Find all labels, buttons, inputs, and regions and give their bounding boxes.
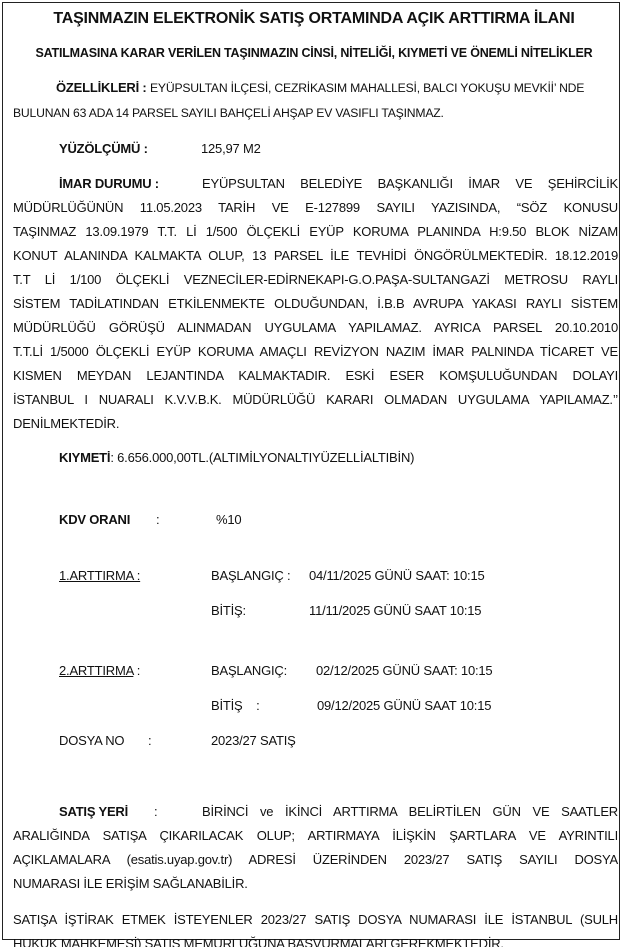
dosya-colon: : (148, 733, 151, 748)
ozellikleri-line-1: ÖZELLİKLERİ : EYÜPSULTAN İLÇESİ, CEZRİKA… (56, 80, 618, 95)
ozellikleri-text-2: BULUNAN 63 ADA 14 PARSEL SAYILI BAHÇELİ … (13, 106, 444, 120)
kiymeti-value: : 6.656.000,00TL.(ALTIMİLYONALTIYÜZELLİA… (110, 450, 414, 465)
satis-yeri-colon: : (154, 804, 157, 819)
imar-line: T.T.Lİ 1/5000 ÖLÇEKLİ EYÜP KORUMA AMAÇLI… (13, 344, 618, 359)
satis-yeri-line: AÇIKLAMALARA (esatis.uyap.gov.tr) ADRESİ… (13, 852, 618, 867)
arttirma2-end-label: BİTİŞ : (211, 698, 260, 713)
kdv-colon: : (156, 512, 159, 527)
arttirma1-start-label: BAŞLANGIÇ : (211, 568, 290, 583)
satis-yeri-line: ARALIĞINDA SATIŞA ÇIKARILACAK OLUP; ARTI… (13, 828, 618, 843)
imar-line: T.T Lİ 1/100 ÖLÇEKLİ VEZNECİLER-EDİRNEKA… (13, 272, 618, 287)
kdv-value: %10 (216, 512, 241, 527)
ozellikleri-label: ÖZELLİKLERİ : (56, 80, 147, 95)
imar-line: DENİLMEKTEDİR. (13, 416, 119, 431)
kiymeti-row: KIYMETİ: 6.656.000,00TL.(ALTIMİLYONALTIY… (59, 450, 414, 465)
istirak-line: HUKUK MAHKEMESİ) SATIŞ MEMURLUĞUNA BAŞVU… (13, 936, 504, 947)
imar-line: EYÜPSULTAN BELEDİYE BAŞKANLIĞI İMAR VE Ş… (202, 176, 618, 191)
yuzolcumu-value: 125,97 M2 (201, 141, 261, 156)
document-title: TAŞINMAZIN ELEKTRONİK SATIŞ ORTAMINDA AÇ… (3, 10, 625, 28)
satis-yeri-line: BİRİNCİ ve İKİNCİ ARTTIRMA BELİRTİLEN GÜ… (202, 804, 618, 819)
satis-yeri-line: NUMARASI İLE ERİŞİM SAĞLANABİLİR. (13, 876, 248, 891)
document-subtitle: SATILMASINA KARAR VERİLEN TAŞINMAZIN CİN… (3, 46, 625, 60)
kdv-label: KDV ORANI (59, 512, 130, 527)
imar-line: İSTANBUL I NUARALI K.V.V.B.K. MÜDÜRLÜĞÜ … (13, 392, 618, 407)
kiymeti-label: KIYMETİ (59, 450, 110, 465)
arttirma2-start-value: 02/12/2025 GÜNÜ SAAT: 10:15 (316, 663, 492, 678)
arttirma2-start-label: BAŞLANGIÇ: (211, 663, 287, 678)
imar-label: İMAR DURUMU : (59, 176, 159, 191)
ozellikleri-text-1: EYÜPSULTAN İLÇESİ, CEZRİKASIM MAHALLESİ,… (150, 81, 584, 95)
imar-line: KONUT ALANINDA KALMAKTA OLUP, 13 PARSEL … (13, 248, 618, 263)
arttirma2-label: 2.ARTTIRMA : (59, 663, 140, 678)
arttirma1-start-value: 04/11/2025 GÜNÜ SAAT: 10:15 (309, 568, 485, 583)
auction-notice-document: TAŞINMAZIN ELEKTRONİK SATIŞ ORTAMINDA AÇ… (2, 2, 620, 940)
dosya-label: DOSYA NO (59, 733, 124, 748)
dosya-value: 2023/27 SATIŞ (211, 733, 296, 748)
arttirma1-end-label: BİTİŞ: (211, 603, 246, 618)
imar-line: KISMEN MEYDAN LEJANTINDA KALMAKTADIR. ES… (13, 368, 618, 383)
imar-line: TAŞINMAZ 13.09.1979 T.T. Lİ 1/500 ÖLÇEKL… (13, 224, 618, 239)
arttirma1-label: 1.ARTTIRMA : (59, 568, 140, 583)
arttirma1-end-value: 11/11/2025 GÜNÜ SAAT 10:15 (309, 603, 481, 618)
istirak-line: SATIŞA İŞTİRAK ETMEK İSTEYENLER 2023/27 … (13, 912, 618, 927)
satis-yeri-label: SATIŞ YERİ (59, 804, 128, 819)
imar-line: MÜDÜRLÜĞÜNÜN 11.05.2023 TARİH VE E-12789… (13, 200, 618, 215)
yuzolcumu-label: YÜZÖLÇÜMÜ : (59, 141, 148, 156)
imar-line: MÜDÜRLÜĞÜ GÖRÜŞÜ ALINMADAN UYGULAMA YAPI… (13, 320, 618, 335)
imar-line: SİSTEM TADİLATINDAN ETKİLENMEKTE OLDUĞUN… (13, 296, 618, 311)
arttirma2-end-value: 09/12/2025 GÜNÜ SAAT 10:15 (317, 698, 491, 713)
